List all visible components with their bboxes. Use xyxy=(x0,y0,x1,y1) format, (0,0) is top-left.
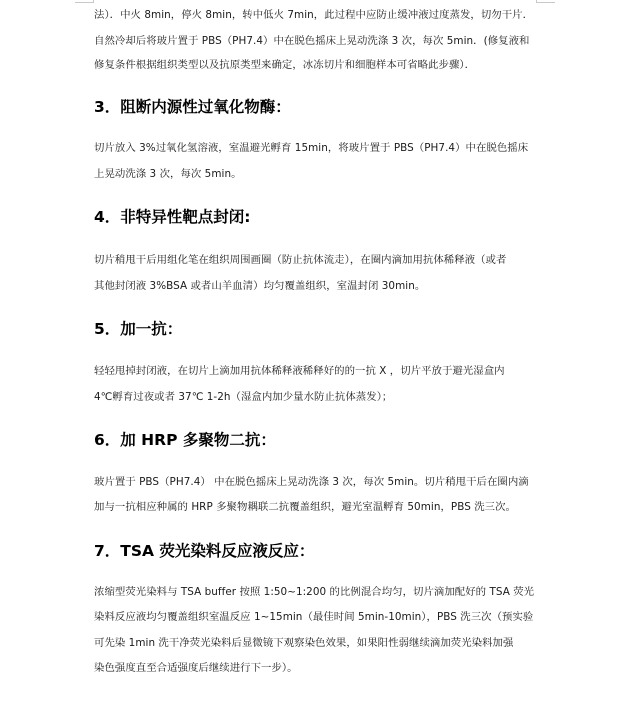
section-heading-3: 3．阻断内源性过氧化物酶： xyxy=(94,97,291,117)
paragraph-line: 染色强度直至合适强度后继续进行下一步）。 xyxy=(94,661,298,675)
crop-mark-right-v xyxy=(536,0,537,3)
crop-mark-left-v xyxy=(93,0,94,3)
paragraph-line: 轻轻甩掉封闭液，在切片上滴加用抗体稀释液稀释好的的一抗 X ，切片平放于避光湿盒… xyxy=(94,364,505,378)
section-heading-6: 6．加 HRP 多聚物二抗： xyxy=(94,430,276,450)
paragraph-line: 浓缩型荧光染料与 TSA buffer 按照 1:50~1:200 的比例混合均… xyxy=(94,585,534,599)
crop-mark-left-h xyxy=(75,2,94,3)
paragraph-line: 切片放入 3%过氧化氢溶液，室温避光孵育 15min，将玻片置于 PBS（PH7… xyxy=(94,141,528,155)
paragraph-line: 加与一抗相应种属的 HRP 多聚物耦联二抗覆盖组织，避光室温孵育 50min，P… xyxy=(94,500,516,514)
paragraph-line: 自然冷却后将玻片置于 PBS（PH7.4）中在脱色摇床上晃动洗涤 3 次，每次 … xyxy=(94,34,530,48)
paragraph-line: 切片稍甩干后用组化笔在组织周围画圈（防止抗体流走），在圈内滴加用抗体稀释液（或者 xyxy=(94,253,506,267)
section-heading-5: 5．加一抗： xyxy=(94,319,182,339)
paragraph-line: 染料反应液均匀覆盖组织室温反应 1~15min（最佳时间 5min-10min）… xyxy=(94,610,533,624)
paragraph-line: 4℃孵育过夜或者 37℃ 1-2h（湿盒内加少量水防止抗体蒸发）； xyxy=(94,390,392,404)
paragraph-line: 修复条件根据组织类型以及抗原类型来确定，冰冻切片和细胞样本可省略此步骤）． xyxy=(94,58,475,72)
paragraph-line: 可先染 1min 洗干净荧光染料后显微镜下观察染色效果，如果阳性弱继续滴加荧光染… xyxy=(94,636,513,650)
paragraph-line: 上晃动洗涤 3 次，每次 5min。 xyxy=(94,167,242,181)
paragraph-line: 其他封闭液 3%BSA 或者山羊血清）均匀覆盖组织，室温封闭 30min。 xyxy=(94,279,425,293)
paragraph-line: 玻片置于 PBS（PH7.4） 中在脱色摇床上晃动洗涤 3 次，每次 5min。… xyxy=(94,475,529,489)
paragraph-line: 法）．中火 8min，停火 8min，转中低火 7min，此过程中应防止缓冲液过… xyxy=(94,8,533,22)
section-heading-4: 4．非特异性靶点封闭: xyxy=(94,207,250,227)
section-heading-7: 7．TSA 荧光染料反应液反应： xyxy=(94,541,314,561)
crop-mark-right-h xyxy=(536,2,555,3)
